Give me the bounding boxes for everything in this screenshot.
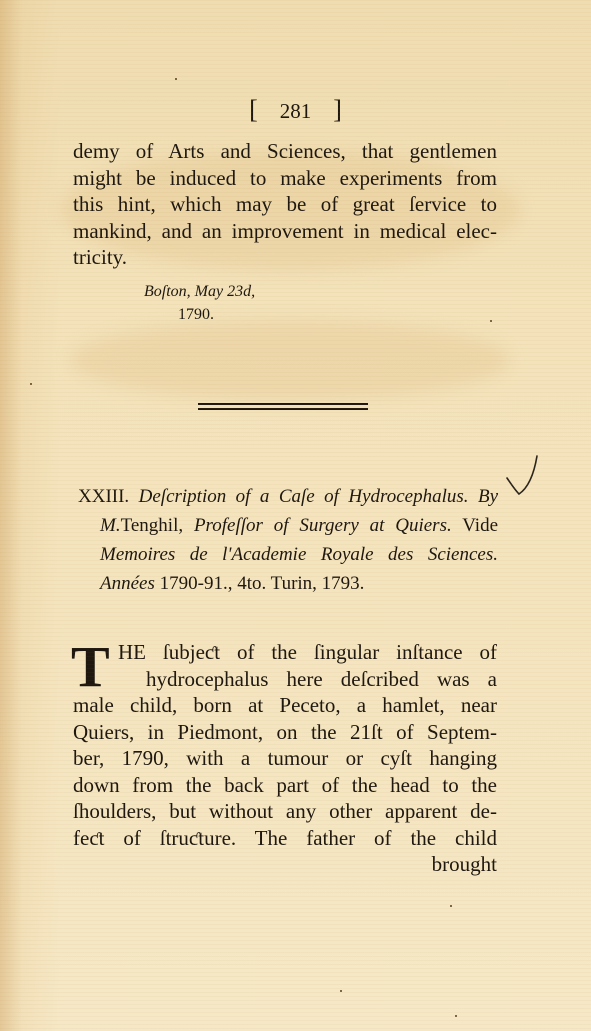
text-line: down from the back part of the head to t… (73, 772, 497, 799)
drop-cap: T (71, 642, 110, 692)
rule-line (198, 403, 368, 405)
paper-speck (340, 990, 342, 992)
paper-speck (450, 905, 452, 907)
text-line: might be induced to make experiments fro… (73, 165, 497, 192)
heading-line: XXIII. Deſcription of a Caſe of Hydrocep… (78, 482, 498, 511)
text-line: tricity. (73, 244, 497, 271)
text-line: ſhoulders, but without any other apparen… (73, 798, 497, 825)
pencil-checkmark-icon (505, 450, 545, 500)
article-numeral: XXIII. (78, 486, 129, 507)
rule-line (198, 408, 368, 410)
paper-speck (490, 320, 492, 322)
article-heading: XXIII. Deſcription of a Caſe of Hydrocep… (78, 482, 498, 598)
double-rule-divider (198, 403, 368, 413)
text-line: mankind, and an improvement in medical e… (73, 218, 497, 245)
source-years-label: Années (100, 573, 155, 594)
bracket-right: ] (333, 95, 342, 124)
text-line: ber, 1790, with a tumour or cyſt hanging (73, 745, 497, 772)
page-number: 281 (280, 99, 312, 123)
book-page: [281] demy of Arts and Sciences, that ge… (0, 0, 591, 1031)
vide-label: Vide (462, 515, 498, 536)
paper-stain (70, 320, 510, 400)
bracket-left: [ (249, 95, 258, 124)
article-body: T HE ſubjeƈt of the ſingular inſtance of… (73, 639, 497, 878)
text-line: male child, born at Peceto, a hamlet, ne… (73, 692, 497, 719)
author-name: Tenghil, (121, 515, 184, 536)
text-line: this hint, which may be of great ſervice… (73, 191, 497, 218)
page-header: [281] (0, 95, 591, 125)
text-line: hydrocephalus here deſcribed was a (73, 666, 497, 693)
heading-line: Années 1790-91., 4to. Turin, 1793. (78, 569, 498, 598)
article-title: Deſcription of a Caſe of Hydrocephalus. … (139, 486, 498, 507)
paragraph-continuation: demy of Arts and Sciences, that gentleme… (73, 138, 497, 271)
text-line: feƈt of ſtruƈture. The father of the chi… (73, 825, 497, 852)
author-prefix: M. (100, 515, 121, 536)
heading-line: M.Tenghil, Profeſſor of Surgery at Quier… (78, 511, 498, 540)
author-role: Profeſſor of Surgery at Quiers. (194, 515, 452, 536)
text-line: demy of Arts and Sciences, that gentleme… (73, 138, 497, 165)
source-years: 1790-91., 4to. Turin, 1793. (160, 573, 365, 594)
signature-dateline: Boſton, May 23d, 1790. (144, 283, 255, 324)
catchword: brought (73, 851, 497, 878)
source-title: Memoires de l'Academie Royale des Scienc… (100, 544, 498, 565)
place-date: Boſton, May 23d, (144, 283, 255, 300)
year: 1790. (178, 306, 255, 324)
text-line: HE ſubjeƈt of the ſingular inſtance of (73, 639, 497, 666)
paper-speck (175, 78, 177, 80)
paper-speck (30, 383, 32, 385)
heading-line: Memoires de l'Academie Royale des Scienc… (78, 540, 498, 569)
text-line: Quiers, in Piedmont, on the 21ſt of Sept… (73, 719, 497, 746)
paper-speck (455, 1015, 457, 1017)
